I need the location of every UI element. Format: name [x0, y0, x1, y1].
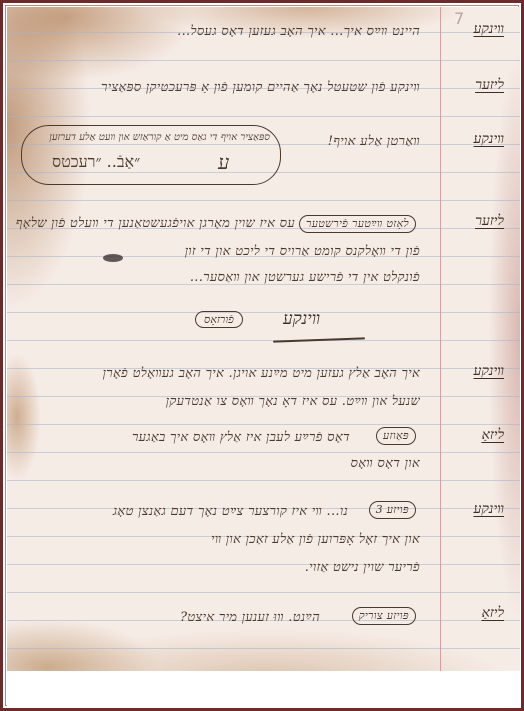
margin-line	[440, 7, 441, 671]
speaker-label: ליזאַ	[481, 427, 504, 444]
speaker-label: װינקע	[473, 501, 504, 518]
dialogue-line: פֿריער שוין נישט אַזוי.	[305, 559, 420, 575]
dialogue-line: נו... װי איז קורצער צײַט נאָך דעם גאַנצן…	[15, 503, 348, 519]
image-frame: 7 װינקע היינט װײַס איך... איך האָב געזען…	[0, 0, 524, 711]
boxed-note-mark: ע	[218, 150, 229, 175]
dialogue-line: און דאָס װאָס	[351, 455, 421, 471]
dialogue-line: עס איז שוין מאָרגן אויפֿגעשטאַנען די װעל…	[15, 215, 295, 231]
dialogue-line: היינט װײַס איך... איך האָב געזען דאָס גע…	[15, 23, 420, 39]
dialogue-line: װאַרטן אַלע אויף!	[328, 133, 420, 149]
dialogue-line: איך האָב אַלץ געזען מיט מײַנע אויגן. איך…	[15, 365, 420, 381]
heading-speaker: װינקע	[283, 309, 320, 329]
speaker-label: װינקע	[473, 131, 504, 148]
scene-heading: װינקע פֿורזאָס	[195, 309, 365, 349]
speaker-label: װינקע	[473, 363, 504, 380]
dialogue-line: הײַנט. װוּ זענען מיר איצט?	[180, 609, 320, 625]
heading-flourish	[273, 337, 365, 342]
boxed-note-label: ״אַבֿ.. ״רעכטס	[52, 152, 140, 172]
speaker-label: װינקע	[473, 21, 504, 38]
ink-blot	[103, 254, 123, 262]
manuscript-page: 7 װינקע היינט װײַס איך... איך האָב געזען…	[7, 7, 520, 671]
page-number: 7	[454, 9, 464, 28]
dialogue-line: פּויזע 3	[365, 501, 420, 519]
boxed-note-text: ספּאַציר אויף די גאַס מיט אַ קוראַזש און…	[49, 132, 270, 143]
dialogue-line: שנעל און װײַט. עס איז דאָ נאָך װאָס צו א…	[15, 393, 420, 409]
stage-direction: פּויזע 3	[369, 501, 416, 519]
heading-stage-direction: פֿורזאָס	[195, 311, 243, 328]
speaker-label: ליזער	[475, 77, 504, 94]
dialogue-line: פּויזע צוריק	[348, 607, 420, 625]
dialogue-line: דאָס פֿרײַע לעבן איז אַלץ װאָס איך באַגע…	[15, 429, 350, 445]
dialogue-line: און איך זאָל אָפּרוען פֿון אַלע זאַכן או…	[15, 531, 420, 547]
dialogue-line: װינקע פֿון שטעטל נאָך אַהיים קומען פֿון …	[15, 79, 420, 95]
stage-direction: פּויזע צוריק	[352, 607, 416, 625]
dialogue-line: פּאַוזע	[372, 427, 420, 445]
stage-direction: לאָזט װײַטער פֿירשטער	[299, 215, 416, 233]
dialogue-line: פֿונקלט אין די פֿרישע גערשטן און װאַסער.…	[15, 269, 420, 285]
dialogue-line: לאָזט װײַטער פֿירשטער	[295, 215, 420, 233]
speaker-label: ליזער	[475, 213, 504, 230]
blank-bottom-band	[7, 671, 520, 707]
stage-direction: פּאַוזע	[376, 427, 416, 445]
boxed-note: ספּאַציר אויף די גאַס מיט אַ קוראַזש און…	[21, 125, 281, 185]
dialogue-line: פֿון די װאָלקנס קומט אַרויס די ליכט און …	[15, 243, 420, 259]
speaker-label: ליזאַ	[481, 605, 504, 622]
